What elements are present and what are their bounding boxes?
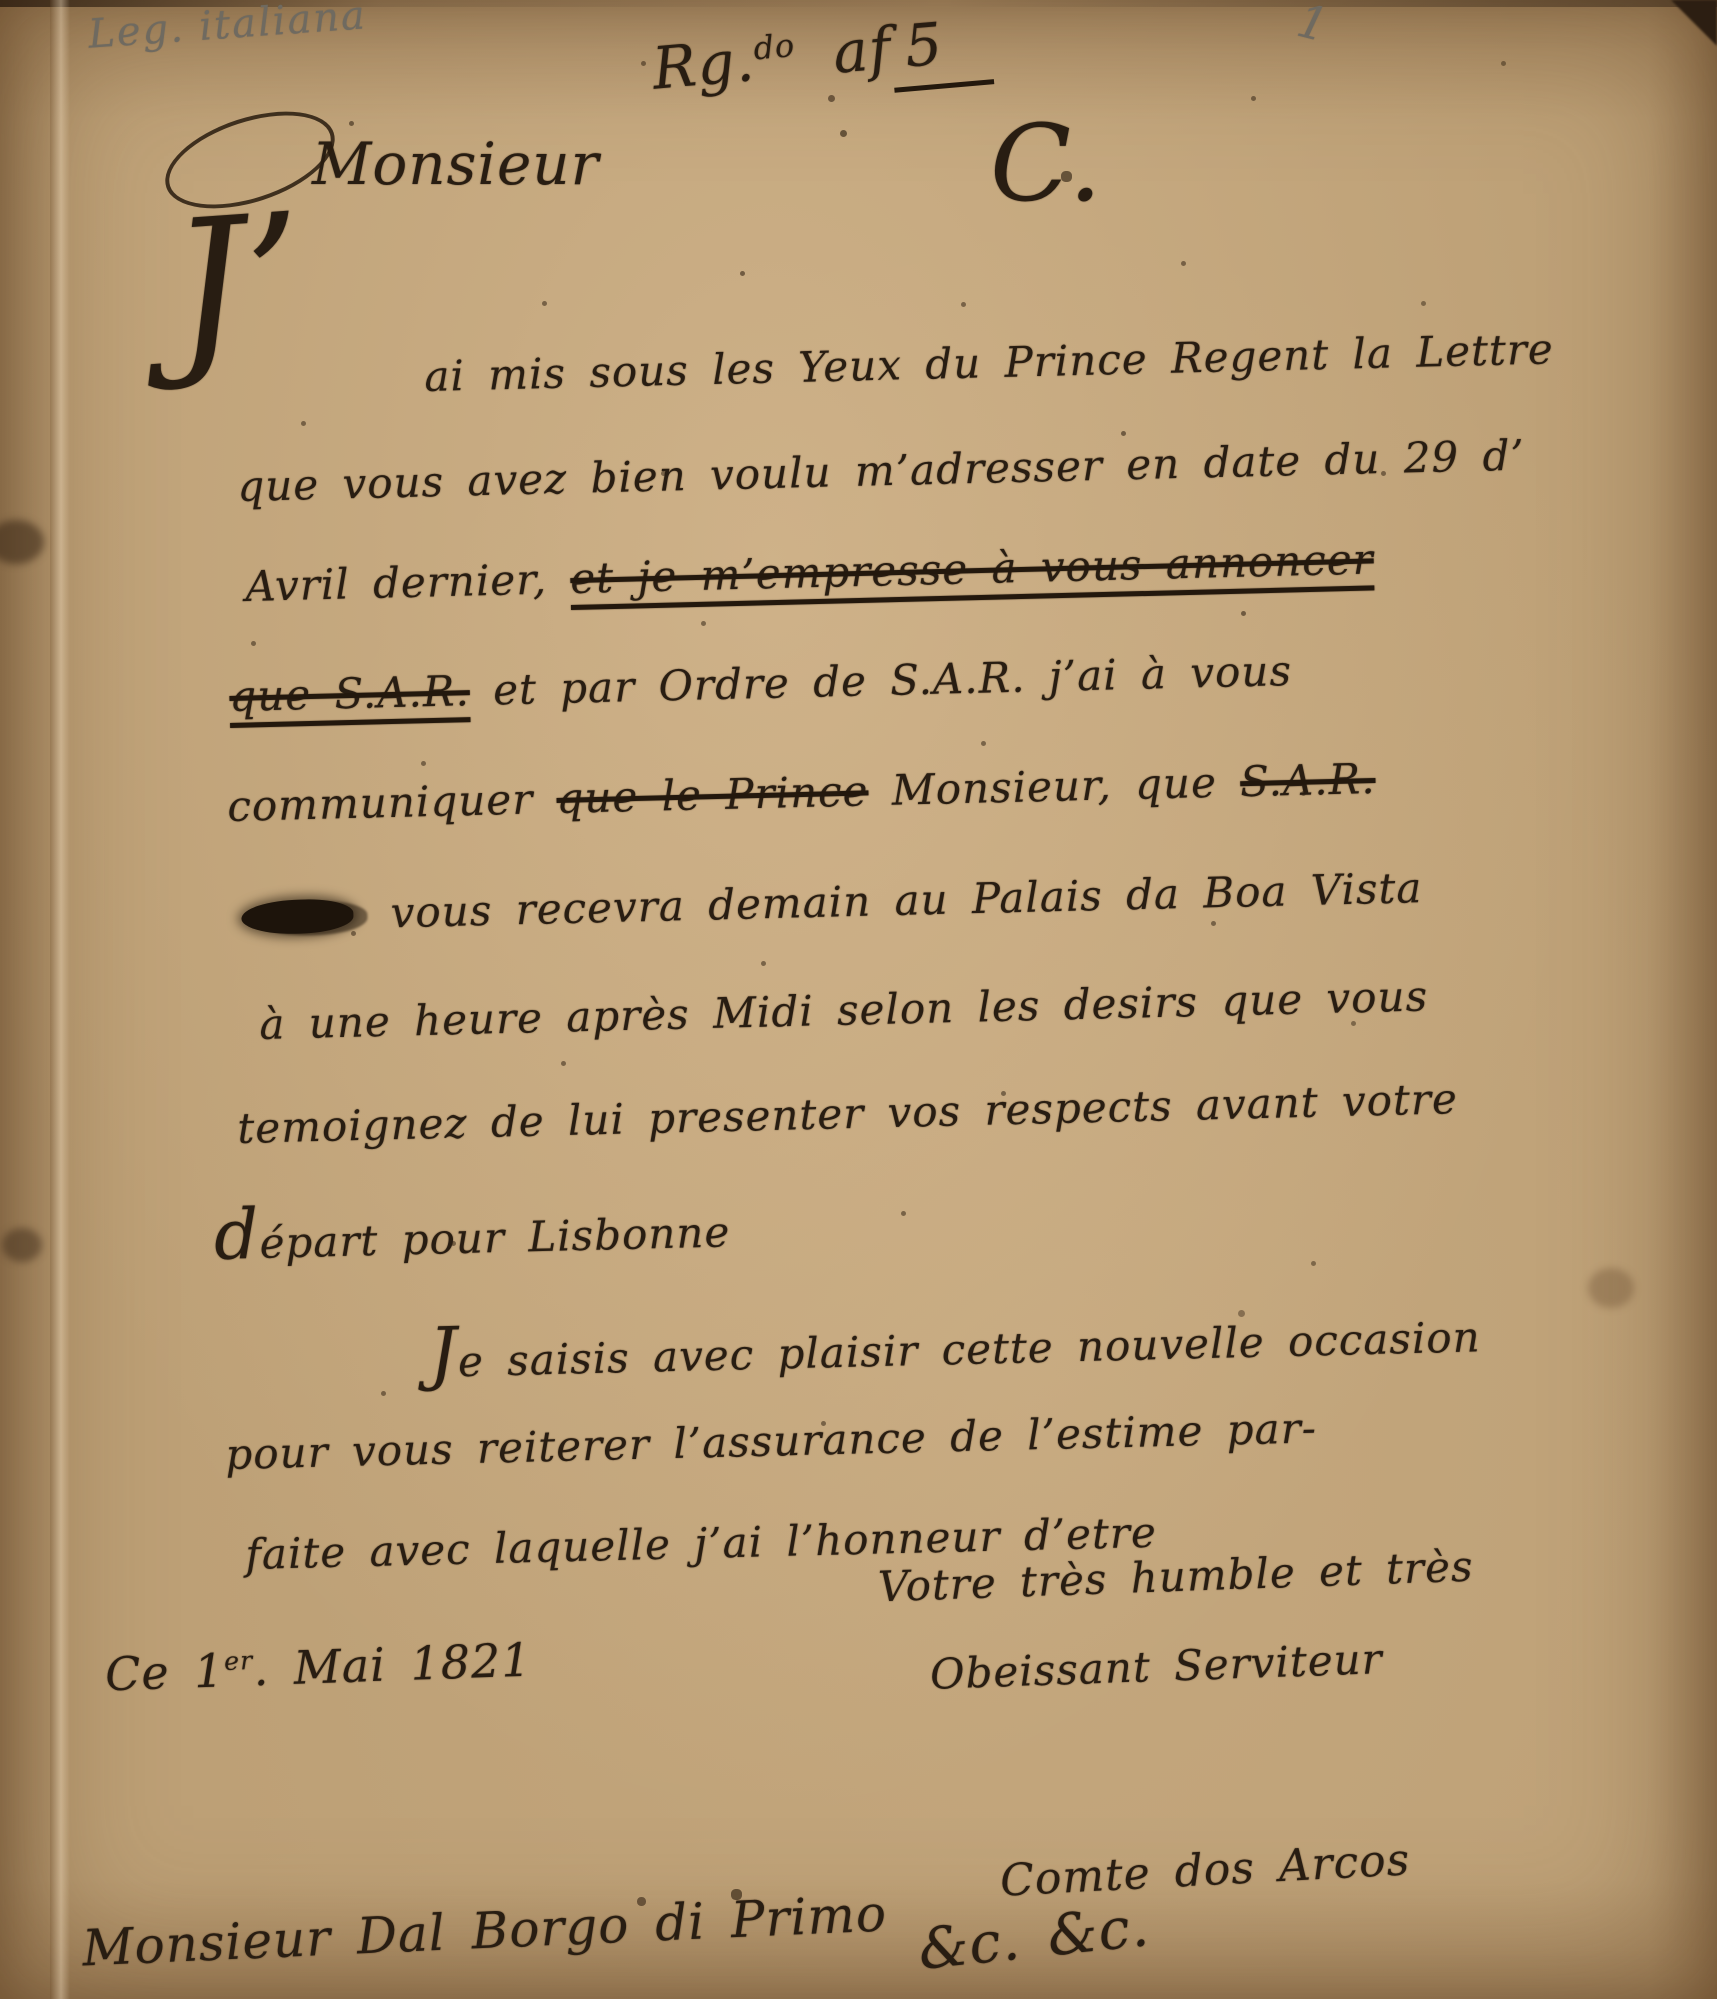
dateline-superscript: er <box>224 1646 254 1676</box>
letter-line: Je saisis avec plaisir cette nouvelle oc… <box>428 1288 1481 1394</box>
ink-specks <box>0 0 3 3</box>
letter-line: que vous avez bien voulu m’adresser en d… <box>237 431 1526 511</box>
letter-text: Monsieur, que <box>868 757 1241 815</box>
registry-mark: Rg.do af5 <box>650 5 994 102</box>
letter-text: et par Ordre de S.A.R. j’ai à vous <box>469 646 1292 715</box>
letter-line: à une heure après Midi selon les desirs … <box>259 971 1429 1049</box>
letter-text: à une heure après Midi selon les desirs … <box>259 971 1429 1049</box>
paper-stain <box>1588 1268 1634 1308</box>
letter-line: pour vous reiterer l’assurance de l’esti… <box>225 1403 1318 1479</box>
dateline-rest: . Mai 1821 <box>252 1633 532 1697</box>
registry-superscript: do <box>752 26 797 67</box>
signature: Comte dos Arcos <box>999 1834 1411 1906</box>
letter-line: que S.A.R. et par Ordre de S.A.R. j’ai à… <box>229 646 1293 721</box>
ink-blot <box>241 898 354 935</box>
letter-line: ai mis sous les Yeux du Prince Regent la… <box>424 324 1554 401</box>
struck-text: et je m’empresse à vous annoncer <box>570 534 1375 603</box>
letter-text: Avril dernier, <box>245 554 571 611</box>
paper-corner-shadow <box>1671 0 1717 46</box>
struck-text: S.A.R. <box>1240 754 1376 806</box>
paper-stain <box>2 1228 42 1262</box>
letter-text: départ pour Lisbonne <box>214 1207 731 1269</box>
page-number-mark: 1 <box>1292 0 1335 53</box>
letter-line: départ pour Lisbonne <box>213 1183 731 1276</box>
letter-line: Avril dernier, et je m’empresse à vous a… <box>245 534 1374 611</box>
address-line: Monsieur Dal Borgo di Primo <box>81 1884 888 1977</box>
registry-number: 5 <box>888 5 994 92</box>
monogram: C. <box>990 102 1103 225</box>
closing-line-2: Obeissant Serviteur <box>929 1634 1383 1699</box>
salutation-text: Monsieur <box>312 130 599 198</box>
letter-text: ai mis sous les Yeux du Prince Regent la… <box>424 324 1554 401</box>
address-etcetera: &c. &c. <box>915 1894 1152 1983</box>
letter-text: que vous avez bien voulu m’adresser en d… <box>237 431 1526 511</box>
drop-initial: J’ <box>165 174 312 395</box>
letter-line: communiquer que le Prince Monsieur, que … <box>227 754 1376 831</box>
letter-page: Leg. italiana 1 Rg.do af5 C. Monsieur J’… <box>0 0 1717 1999</box>
pencil-annotation: Leg. italiana <box>87 0 369 58</box>
struck-text: que le Prince <box>556 766 869 823</box>
letter-text: pour vous reiterer l’assurance de l’esti… <box>225 1403 1318 1479</box>
letter-text: vous recevra demain au Palais da Boa Vis… <box>367 863 1423 938</box>
dateline: Ce 1er. Mai 1821 <box>104 1633 532 1702</box>
letter-text: communiquer <box>227 774 557 831</box>
paper-fold-edge <box>50 0 70 1999</box>
registry-mid: af <box>793 14 894 90</box>
letter-text: temoignez de lui presenter vos respects … <box>237 1074 1459 1153</box>
struck-text: que S.A.R. <box>229 666 471 721</box>
letter-text: Je saisis avec plaisir cette nouvelle oc… <box>429 1312 1482 1387</box>
registry-prefix: Rg. <box>650 26 758 103</box>
letter-line: temoignez de lui presenter vos respects … <box>237 1074 1459 1153</box>
letter-line: vous recevra demain au Palais da Boa Vis… <box>241 863 1423 941</box>
paper-stain <box>0 520 44 564</box>
dateline-prefix: Ce 1 <box>104 1643 225 1701</box>
